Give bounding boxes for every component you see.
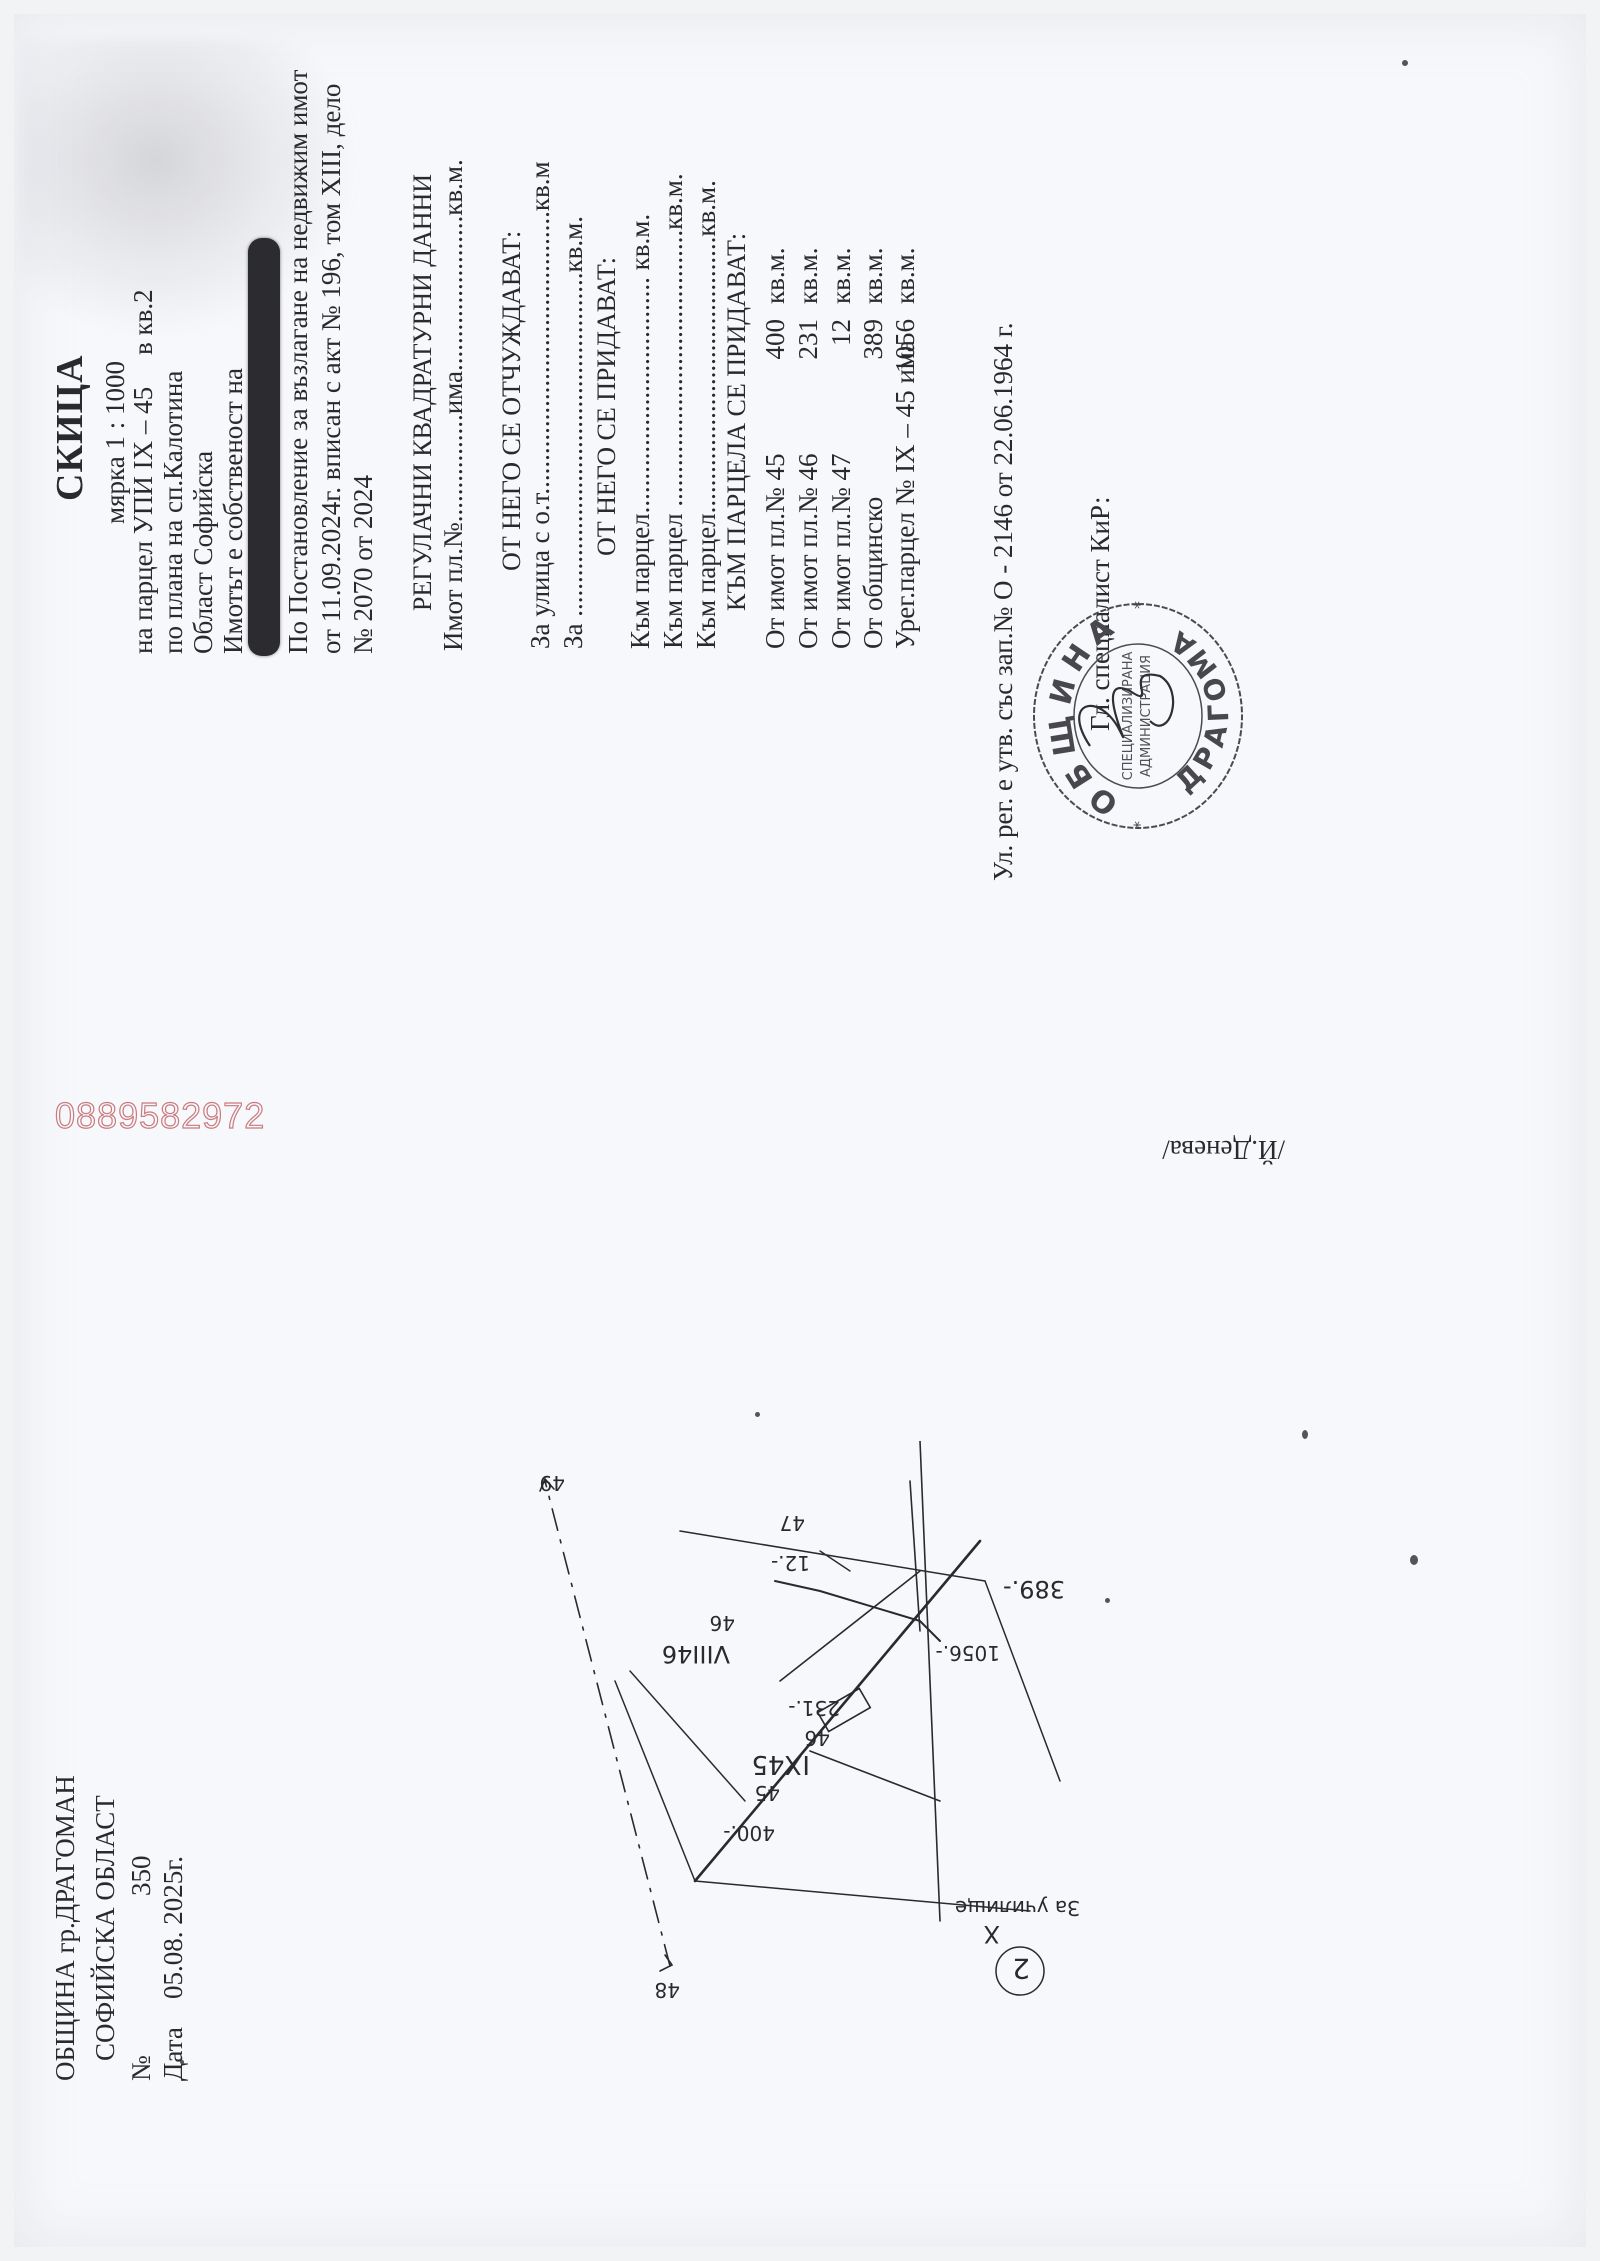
approval-line: Ул. рег. е утв. със зап.№ О - 2146 от 22… (990, 323, 1017, 881)
property-line: Имот пл.№................има............… (440, 159, 467, 651)
row-area-unit: кв.м. (793, 248, 824, 304)
scan-speck (1302, 1430, 1308, 1439)
endpoint-48: 48 (655, 1978, 680, 2001)
ownership-line: Имотът е собственост на (220, 368, 247, 654)
area-400: 400.- (723, 1821, 775, 1845)
scan-speck (180, 2060, 184, 2064)
stamp-text-top: ОБЩИНА (1041, 606, 1126, 823)
row-area-unit: кв.м. (890, 248, 921, 304)
street-label: X (984, 1920, 1000, 1948)
scan-speck (1402, 60, 1408, 66)
number-label: № (128, 2055, 155, 2081)
to-parcel-row: От имот пл.№ 46231кв.м. (793, 454, 824, 649)
number-value: 350 (128, 1856, 155, 1897)
alienated-row-street: За улица с о.т..........................… (527, 161, 554, 649)
scan-speck (1410, 1555, 1418, 1565)
added-row-2: Към парцел .............................… (660, 173, 687, 649)
to-parcel-row: От общинско389кв.м. (858, 497, 889, 649)
row-area-unit: кв.м. (858, 248, 889, 304)
decree-line-1: По Постановление за възлагане на недвижи… (285, 70, 312, 654)
added-heading: ОТ НЕГО СЕ ПРИДАВАТ: (592, 257, 622, 556)
endpoint-49: 49 (540, 1471, 565, 1495)
to-parcel-heading: КЪМ ПАРЦЕЛА СЕ ПРИДАВАТ: (722, 233, 752, 611)
row-area-value: 400 (760, 319, 791, 409)
row-label: От имот пл.№ 47 (826, 454, 856, 649)
block-marker: 2 (1012, 1952, 1030, 1985)
parcel-VIII46: VIII46 (662, 1640, 730, 1668)
date-label: Дата (160, 2027, 187, 2081)
lot-46: 46 (805, 1726, 830, 1750)
svg-text:ОБЩИНА: ОБЩИНА (1041, 606, 1126, 823)
row-area-value: 389 (858, 319, 889, 409)
row-area-value: 12 (826, 319, 857, 409)
regulation-heading: РЕГУЛАЧНИ КВАДРАТУРНИ ДАННИ (408, 174, 438, 611)
phone-watermark: 0889582972 (55, 1095, 265, 1137)
scale-text: мярка 1 : 1000 (102, 361, 129, 524)
to-parcel-row: Урег.парцел № IX – 45 има1056кв.м. (890, 340, 921, 649)
svg-text:*: * (1130, 601, 1149, 609)
block-number: в кв.2 (130, 289, 157, 355)
owner-redaction-bar (248, 238, 280, 656)
row-area-value: 1056 (890, 319, 921, 409)
stamp-inner-2: АДМИНИСТРАЦИЯ (1139, 655, 1154, 777)
region-line: Област Софийска (190, 451, 217, 654)
date-value: 05.08. 2025г. (160, 1856, 187, 1999)
added-row-1: Към парцел..............................… (627, 214, 654, 649)
row-label: От имот пл.№ 46 (793, 454, 823, 649)
region-name: СОФИЙСКА ОБЛАСТ (92, 1795, 119, 2061)
row-area-value: 231 (793, 319, 824, 409)
area-12: 12.- (771, 1551, 810, 1575)
decree-line-3: № 2070 от 2024 (350, 475, 377, 654)
row-area-unit: кв.м. (760, 248, 791, 304)
parcel-sketch: 48 49 2 X За училище 400.- 45 IX45 46 23… (520, 1441, 1100, 2001)
lot-46-neighbor: 46 (710, 1611, 735, 1635)
street-note: За училище (955, 1896, 1080, 1920)
municipality-name: ОБЩИНА гр.ДРАГОМАН (52, 1775, 79, 2081)
document-title: СКИЦА (48, 354, 92, 501)
row-area-unit: кв.м. (826, 248, 857, 304)
row-label: От имот пл.№ 45 (760, 454, 790, 649)
scan-speck (755, 1412, 760, 1417)
decree-line-2: от 11.09.2024г. вписан с акт № 196, том … (318, 84, 345, 654)
municipal-stamp: ОБЩИНА ДРАГОМАН СПЕЦИАЛИЗИРАНА АДМИНИСТР… (1020, 591, 1250, 841)
parcel-line: на парцел УПИ IX – 45 (130, 387, 157, 654)
alienated-row-other: За .....................................… (560, 216, 587, 649)
lot-45: 45 (755, 1781, 780, 1805)
to-parcel-row: От имот пл.№ 45400кв.м. (760, 454, 791, 649)
scan-speck (1105, 1598, 1110, 1603)
alienated-heading: ОТ НЕГО СЕ ОТЧУЖДАВАТ: (497, 231, 527, 571)
area-389: 389.- (1003, 1575, 1065, 1603)
plan-line: по плана на сп.Калотина (160, 371, 187, 654)
svg-text:*: * (1130, 821, 1149, 829)
added-row-3: Към парцел..............................… (693, 180, 720, 649)
area-1056: 1056.- (936, 1641, 1000, 1665)
stamp-inner-1: СПЕЦИАЛИЗИРАНА (1121, 652, 1136, 781)
to-parcel-row: От имот пл.№ 4712кв.м. (826, 454, 857, 649)
row-label: От общинско (858, 497, 888, 649)
area-231: 231.- (788, 1696, 840, 1720)
lot-47: 47 (780, 1511, 805, 1535)
signatory-name: /Й.Денева/ (1162, 1136, 1285, 1163)
parcel-IX45: IX45 (751, 1749, 810, 1779)
